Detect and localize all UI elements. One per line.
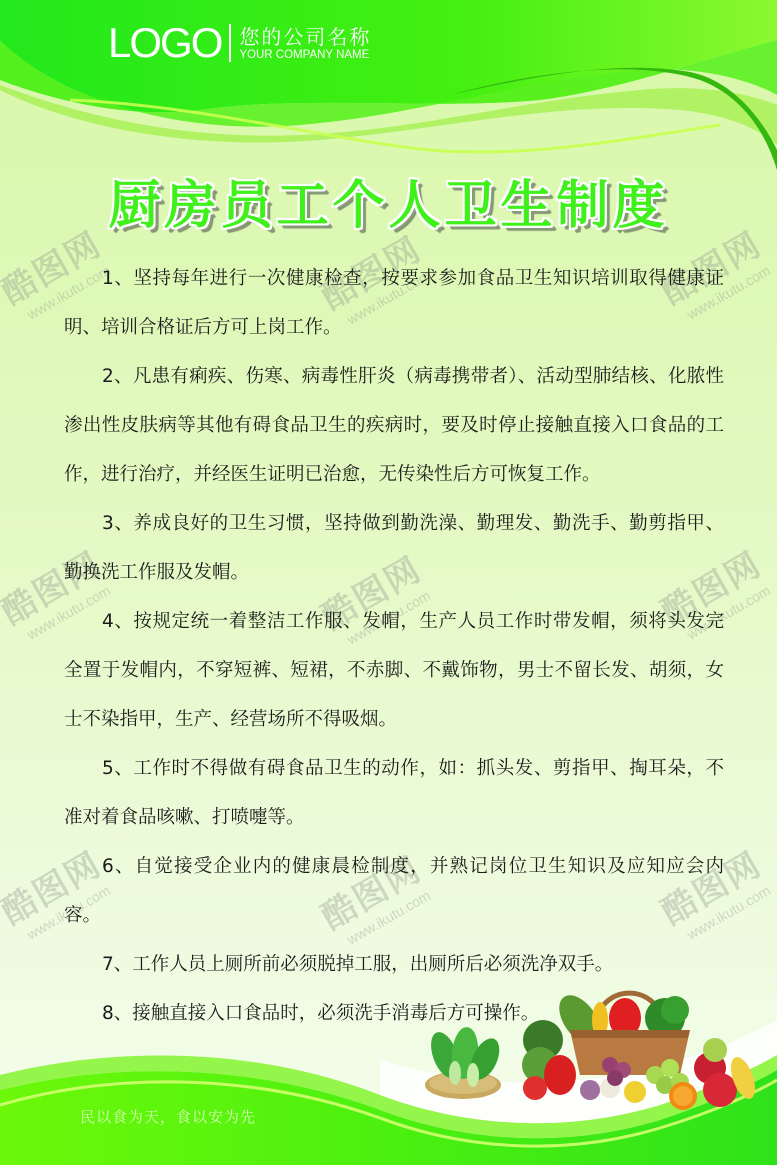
company-logo: LOGO 您的公司名称 YOUR COMPANY NAME <box>108 22 371 64</box>
rule-item: 6、自觉接受企业内的健康晨检制度，并熟记岗位卫生知识及应知应会内容。 <box>64 842 724 940</box>
logo-text: LOGO <box>108 22 221 64</box>
footer-slogan: 民以食为天，食以安为先 <box>80 1106 256 1127</box>
rule-item: 3、养成良好的卫生习惯，坚持做到勤洗澡、勤理发、勤洗手、勤剪指甲、勤换洗工作服及… <box>64 499 724 597</box>
company-name-en: YOUR COMPANY NAME <box>239 49 371 62</box>
rule-item: 2、凡患有痢疾、伤寒、病毒性肝炎（病毒携带者）、活动型肺结核、化脓性渗出性皮肤病… <box>64 352 724 499</box>
poster-title: 厨房员工个人卫生制度 <box>0 163 777 238</box>
vegetable-basket-image <box>515 980 760 1110</box>
bok-choy-image <box>415 1015 515 1105</box>
logo-divider <box>229 24 231 62</box>
company-name-cn: 您的公司名称 <box>239 25 371 49</box>
poster: 酷图网www.ikutu.com 酷图网www.ikutu.com 酷图网www… <box>0 0 777 1165</box>
rules-list: 1、坚持每年进行一次健康检查，按要求参加食品卫生知识培训取得健康证明、培训合格证… <box>64 254 724 1038</box>
rule-item: 1、坚持每年进行一次健康检查，按要求参加食品卫生知识培训取得健康证明、培训合格证… <box>64 254 724 352</box>
rule-item: 5、工作时不得做有碍食品卫生的动作，如：抓头发、剪指甲、掏耳朵，不准对着食品咳嗽… <box>64 744 724 842</box>
rule-item: 4、按规定统一着整洁工作服、发帽，生产人员工作时带发帽，须将头发完全置于发帽内，… <box>64 597 724 744</box>
